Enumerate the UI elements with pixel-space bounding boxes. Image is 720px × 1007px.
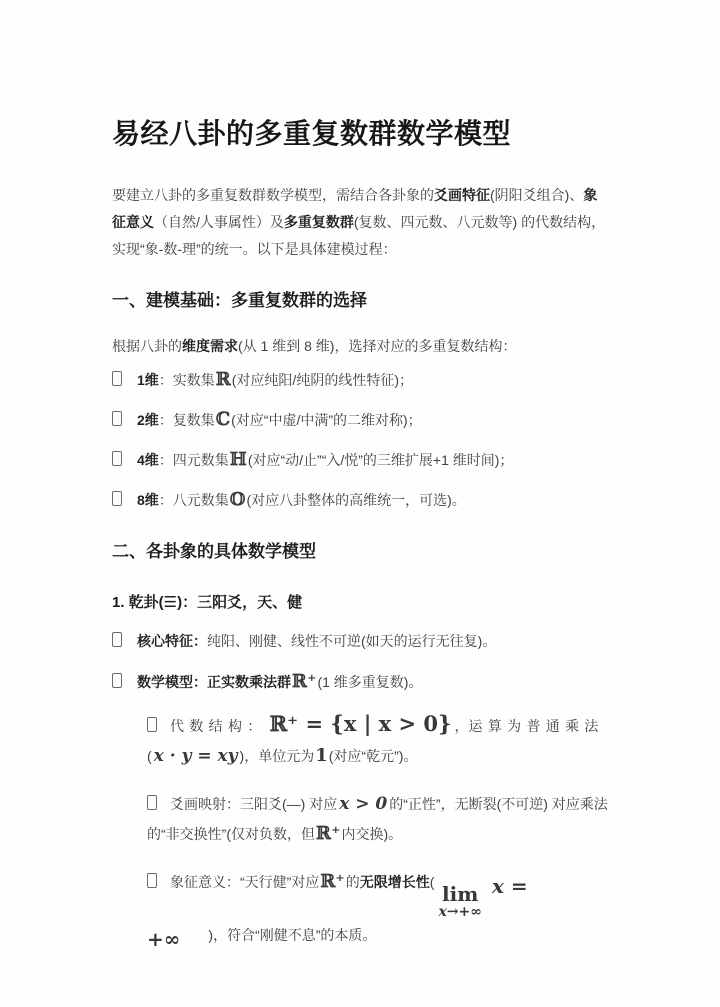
item-text: 八元数集 [173,492,229,508]
item-text: (对应“中虚/中满”的二维对称)； [231,412,422,428]
item-text: )，单位元为 [240,748,315,764]
intro-bold-yaohua: 爻画特征 [434,187,490,203]
formula-r-plus-set: ℝ⁺ = {x | x > 0} [267,711,455,736]
bullet-glyph-icon [147,873,157,888]
item-colon: ： [159,412,173,428]
bullet-glyph-icon [112,411,122,426]
item-label: 1维 [137,372,159,388]
list-item-yao-mapping: 爻画映射：三阳爻(—) 对应x > 0的“正性”，无断裂(不可逆) 对应乘法的“… [147,789,610,849]
item-colon: ： [159,452,173,468]
item-text: (1 维多重复数)。 [317,674,422,690]
bullet-glyph-icon [112,632,122,647]
item-text: “天行健”对应 [240,874,319,890]
item-text: 纯阳、刚健、线性不可逆(如天的运行无往复)。 [207,633,496,649]
section-1-heading: 一、建模基础：多重复数群的选择 [112,289,610,313]
section-2-heading: 二、各卦象的具体数学模型 [112,540,610,564]
blackboard-r: ℝ [215,369,232,390]
limit-word: lim [442,884,478,904]
bullet-glyph-icon [112,371,122,386]
item-text: (对应“乾元”)。 [329,748,418,764]
intro-text: 要建立八卦的多重复数群数学模型，需结合各卦象的 [112,187,434,203]
blackboard-r-plus: ℝ⁺ [291,671,317,692]
item-label: 8维 [137,492,159,508]
intro-bold-duochong: 多重复数群 [284,214,354,230]
item-text: (对应“动/止”“入/悦”的三维扩展+1 维时间)； [248,452,514,468]
bullet-glyph-icon [147,795,157,810]
item-text: ( [430,874,435,890]
item-text: ， [455,718,469,734]
item-text: 复数集 [173,412,215,428]
subsection-qian-heading: 1. 乾卦(☰)：三阳爻，天、健 [112,592,610,614]
item-text: 内交换)。 [341,826,402,842]
item-label: 爻画映射： [170,796,240,812]
item-colon: ： [159,372,173,388]
list-item-8d: 8维：八元数集𝕆(对应八卦整体的高维统一，可选)。 [112,486,610,514]
item-text: 运算为普通乘法 [469,718,604,734]
limit-subscript: x→+∞ [438,904,481,920]
blackboard-h: ℍ [229,449,248,470]
item-text: )，符合“刚健不息”的本质。 [208,927,376,943]
item-label: 核心特征： [137,633,207,649]
intro-paragraph: 要建立八卦的多重复数群数学模型，需结合各卦象的爻画特征(阴阳爻组合)、象征意义（… [112,182,610,263]
item-bold-unbounded-growth: 无限增长性 [360,874,430,890]
dimension-list: 1维：实数集ℝ(对应纯阳/纯阴的线性特征)； 2维：复数集ℂ(对应“中虚/中满”… [112,366,610,514]
lead-bold-weidu: 维度需求 [182,338,238,354]
list-item-math-model: 数学模型：正实数乘法群ℝ⁺(1 维多重复数)。 [112,668,610,696]
qian-property-list: 核心特征：纯阳、刚健、线性不可逆(如天的运行无往复)。 数学模型：正实数乘法群ℝ… [112,628,610,696]
formula-xy-product: x · y = xy [152,746,240,766]
item-text: 的 [346,874,360,890]
bullet-glyph-icon [112,451,122,466]
item-text: ( [147,748,152,764]
blackboard-r-plus: ℝ⁺ [315,823,341,844]
list-item-symbolism: 象征意义：“天行健”对应ℝ⁺的无限增长性(limx→+∞x = +∞)，符合“刚… [147,867,610,954]
item-text: 四元数集 [173,452,229,468]
bullet-glyph-icon [147,717,157,732]
qian-detail-list: 代数结构：ℝ⁺ = {x | x > 0}，运算为普通乘法(x · y = xy… [147,709,610,954]
item-label: 4维 [137,452,159,468]
bullet-glyph-icon [112,673,122,688]
document-page: 易经八卦的多重复数群数学模型 要建立八卦的多重复数群数学模型，需结合各卦象的爻画… [0,0,720,1007]
blackboard-c: ℂ [215,409,231,430]
section-1-lead: 根据八卦的维度需求(从 1 维到 8 维)，选择对应的多重复数结构： [112,333,610,360]
list-item-4d: 4维：四元数集ℍ(对应“动/止”“入/悦”的三维扩展+1 维时间)； [112,446,610,474]
item-text: (对应八卦整体的高维统一，可选)。 [246,492,465,508]
item-text: (对应纯阳/纯阴的线性特征)； [232,372,413,388]
list-item-2d: 2维：复数集ℂ(对应“中虚/中满”的二维对称)； [112,406,610,434]
bullet-glyph-icon [112,491,122,506]
blackboard-r-plus: ℝ⁺ [319,871,345,892]
item-colon: ： [159,492,173,508]
document-content: 易经八卦的多重复数群数学模型 要建立八卦的多重复数群数学模型，需结合各卦象的爻画… [0,0,720,954]
list-item-core-feature: 核心特征：纯阳、刚健、线性不可逆(如天的运行无往复)。 [112,628,610,655]
formula-x-positive: x > 0 [337,794,389,814]
formula-limit-stack: limx→+∞ [438,884,481,920]
item-label: 象征意义： [170,874,240,890]
item-label: 代数结构： [170,718,267,734]
intro-text: (阴阳爻组合)、 [490,187,583,203]
item-label: 2维 [137,412,159,428]
item-text: 三阳爻(—) 对应 [240,796,337,812]
intro-text: （自然/人事属性）及 [154,214,284,230]
lead-text: 根据八卦的 [112,338,182,354]
blackboard-o: 𝕆 [229,489,247,510]
lead-text: (从 1 维到 8 维)，选择对应的多重复数结构： [238,338,516,354]
item-label: 数学模型：正实数乘法群 [137,674,291,690]
list-item-1d: 1维：实数集ℝ(对应纯阳/纯阴的线性特征)； [112,366,610,394]
formula-identity-one: 1 [314,745,329,766]
list-item-algebra: 代数结构：ℝ⁺ = {x | x > 0}，运算为普通乘法(x · y = xy… [147,709,610,771]
page-title: 易经八卦的多重复数群数学模型 [112,116,610,152]
item-text: 实数集 [173,372,215,388]
